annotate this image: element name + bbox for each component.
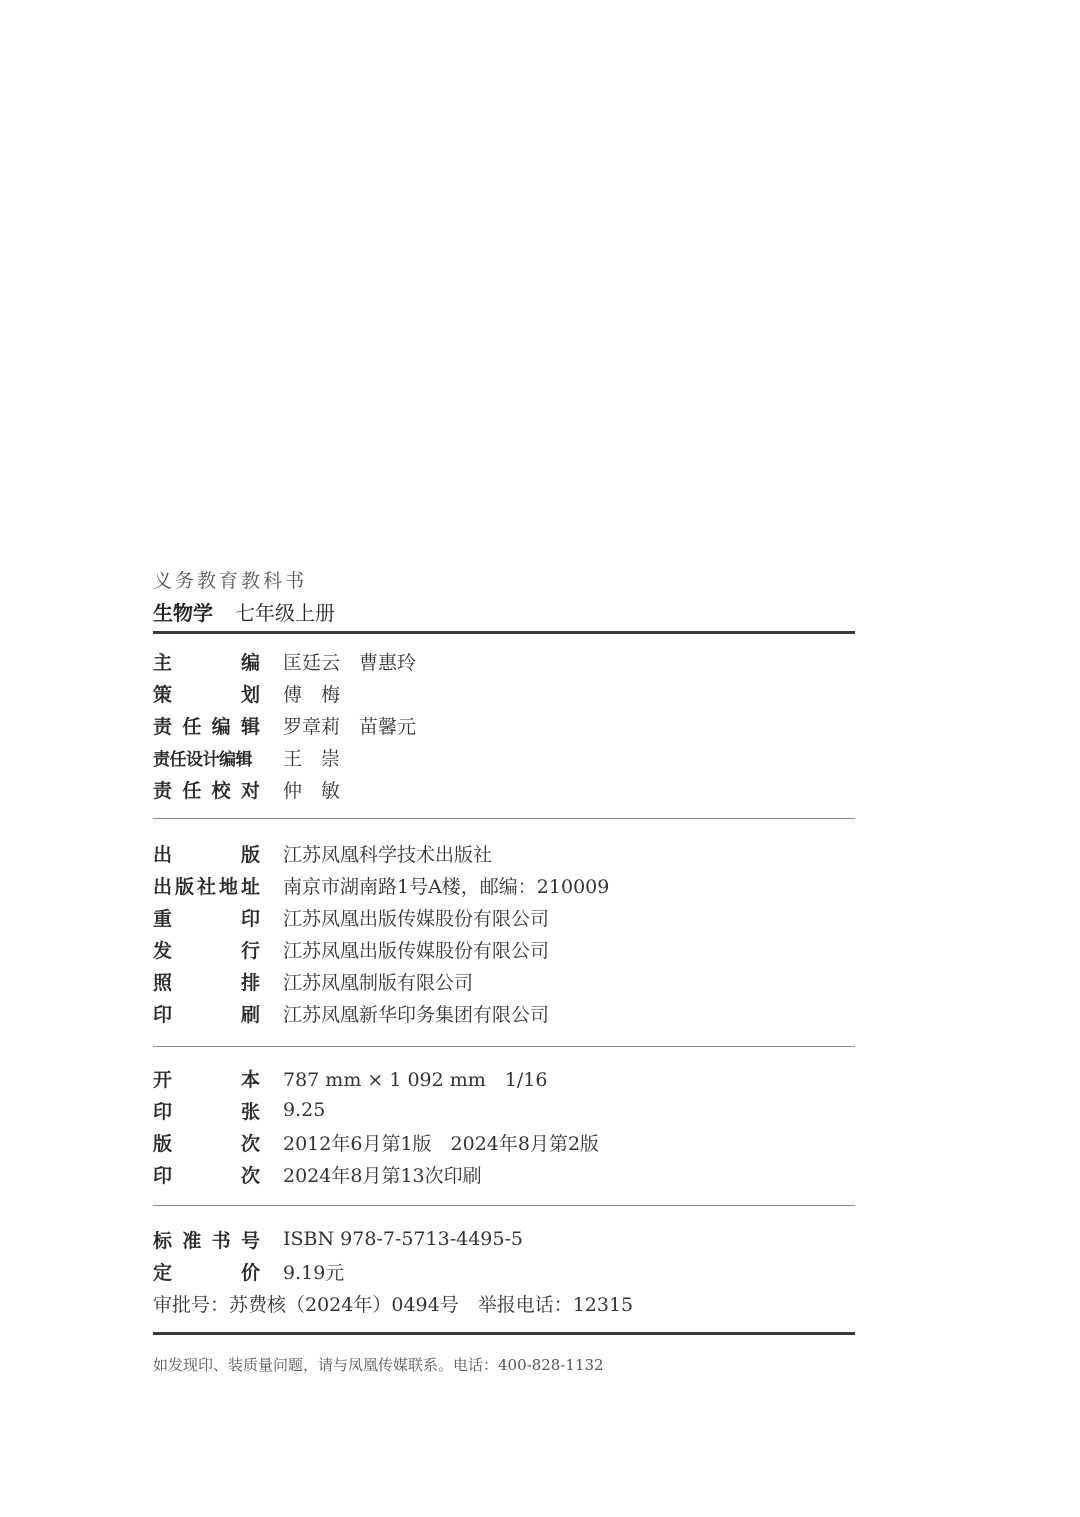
label-char: 任 — [182, 776, 201, 803]
label-char: 校 — [212, 776, 231, 803]
label-char: 编 — [241, 648, 260, 675]
label-char: 发 — [153, 936, 172, 963]
info-row: 责任设计编辑王 崇 — [153, 742, 340, 772]
label-char: 刷 — [241, 1000, 260, 1027]
info-row: 印次2024年8月第13次印刷 — [153, 1159, 482, 1189]
field-value: 江苏凤凰出版传媒股份有限公司 — [283, 936, 549, 963]
approval-text: 审批号：苏费核（2024年）0494号 举报电话：12315 — [153, 1290, 633, 1317]
field-label: 标准书号 — [153, 1226, 260, 1253]
divider — [153, 1205, 855, 1206]
info-row: 印刷江苏凤凰新华印务集团有限公司 — [153, 998, 549, 1028]
field-label: 出版社地址 — [153, 872, 260, 899]
info-row: 责任校对仲 敏 — [153, 774, 340, 804]
info-row: 责任编辑罗章莉 苗馨元 — [153, 710, 416, 740]
label-char: 社 — [197, 872, 216, 899]
label-char: 张 — [241, 1097, 260, 1124]
field-label: 印刷 — [153, 1000, 260, 1027]
label-char: 出 — [153, 840, 172, 867]
label-char: 印 — [153, 1161, 172, 1188]
field-label: 开本 — [153, 1065, 260, 1092]
info-row: 出版社地址南京市湖南路1号A楼，邮编：210009 — [153, 870, 609, 900]
field-label: 主编 — [153, 648, 260, 675]
label-char: 号 — [241, 1226, 260, 1253]
label-char: 任 — [182, 712, 201, 739]
field-value: 江苏凤凰出版传媒股份有限公司 — [283, 904, 549, 931]
footer-note: 如发现印、装质量问题，请与凤凰传媒联系。电话：400-828-1132 — [153, 1354, 604, 1375]
label-char: 印 — [153, 1097, 172, 1124]
label-char: 策 — [153, 680, 172, 707]
book-title: 生物学七年级上册 — [153, 597, 335, 626]
label-char: 照 — [153, 968, 172, 995]
label-char: 印 — [153, 1000, 172, 1027]
info-row: 策划傅 梅 — [153, 678, 340, 708]
field-label: 发行 — [153, 936, 260, 963]
label-char: 址 — [241, 872, 260, 899]
field-value: 江苏凤凰制版有限公司 — [283, 968, 473, 995]
divider-thick-top — [153, 631, 855, 634]
field-value: 9.19元 — [283, 1258, 344, 1285]
field-value: 江苏凤凰科学技术出版社 — [283, 840, 492, 867]
field-value: 江苏凤凰新华印务集团有限公司 — [283, 1000, 549, 1027]
label-char: 辑 — [241, 712, 260, 739]
field-value: 匡廷云 曹惠玲 — [283, 648, 416, 675]
field-value: 王 崇 — [283, 744, 340, 771]
divider-thick-bottom — [153, 1332, 855, 1335]
info-row: 印张9.25 — [153, 1095, 325, 1125]
field-label: 印张 — [153, 1097, 260, 1124]
label-char: 版 — [153, 1129, 172, 1156]
info-row: 标准书号ISBN 978-7-5713-4495-5 — [153, 1224, 523, 1254]
field-value: 2012年6月第1版 2024年8月第2版 — [283, 1129, 599, 1156]
label-char: 次 — [241, 1161, 260, 1188]
field-value: ISBN 978-7-5713-4495-5 — [283, 1228, 523, 1250]
field-label: 定价 — [153, 1258, 260, 1285]
field-value: 仲 敏 — [283, 776, 340, 803]
label-char: 地 — [219, 872, 238, 899]
field-value: 9.25 — [283, 1099, 325, 1121]
field-value: 2024年8月第13次印刷 — [283, 1161, 482, 1188]
field-label: 策划 — [153, 680, 260, 707]
info-row: 出版江苏凤凰科学技术出版社 — [153, 838, 492, 868]
label-char: 版 — [175, 872, 194, 899]
label-char: 主 — [153, 648, 172, 675]
label-char: 重 — [153, 904, 172, 931]
info-row: 照排江苏凤凰制版有限公司 — [153, 966, 473, 996]
label-char: 书 — [212, 1226, 231, 1253]
label-char: 标 — [153, 1226, 172, 1253]
label-char: 版 — [241, 840, 260, 867]
label-char: 对 — [241, 776, 260, 803]
divider — [153, 818, 855, 819]
label-char: 责 — [153, 712, 172, 739]
info-row: 重印江苏凤凰出版传媒股份有限公司 — [153, 902, 549, 932]
info-row: 开本787 mm × 1 092 mm 1/16 — [153, 1063, 547, 1093]
label-char: 本 — [241, 1065, 260, 1092]
field-label: 照排 — [153, 968, 260, 995]
label-char: 开 — [153, 1065, 172, 1092]
field-value: 罗章莉 苗馨元 — [283, 712, 416, 739]
label-char: 印 — [241, 904, 260, 931]
field-label: 责任设计编辑 — [153, 745, 260, 770]
label-char: 行 — [241, 936, 260, 963]
field-value: 傅 梅 — [283, 680, 340, 707]
label-char: 价 — [241, 1258, 260, 1285]
label-char: 次 — [241, 1129, 260, 1156]
field-label: 重印 — [153, 904, 260, 931]
label-char: 编 — [212, 712, 231, 739]
label-char: 准 — [182, 1226, 201, 1253]
divider — [153, 1046, 855, 1047]
label-char: 定 — [153, 1258, 172, 1285]
info-row: 版次2012年6月第1版 2024年8月第2版 — [153, 1127, 599, 1157]
field-label: 出版 — [153, 840, 260, 867]
info-row: 定价9.19元 — [153, 1256, 344, 1286]
label-char: 责 — [153, 776, 172, 803]
label-char: 排 — [241, 968, 260, 995]
approval-row: 审批号：苏费核（2024年）0494号 举报电话：12315 — [153, 1288, 633, 1318]
info-row: 主编匡廷云 曹惠玲 — [153, 646, 416, 676]
book-series: 义务教育教科书 — [153, 566, 307, 593]
field-value: 南京市湖南路1号A楼，邮编：210009 — [283, 872, 609, 899]
field-label: 责任编辑 — [153, 712, 260, 739]
field-label: 责任校对 — [153, 776, 260, 803]
label-char: 出 — [153, 872, 172, 899]
field-label: 印次 — [153, 1161, 260, 1188]
field-value: 787 mm × 1 092 mm 1/16 — [283, 1065, 547, 1092]
volume: 七年级上册 — [235, 601, 335, 625]
info-row: 发行江苏凤凰出版传媒股份有限公司 — [153, 934, 549, 964]
subject: 生物学 — [153, 601, 213, 625]
label-char: 划 — [241, 680, 260, 707]
field-label: 版次 — [153, 1129, 260, 1156]
